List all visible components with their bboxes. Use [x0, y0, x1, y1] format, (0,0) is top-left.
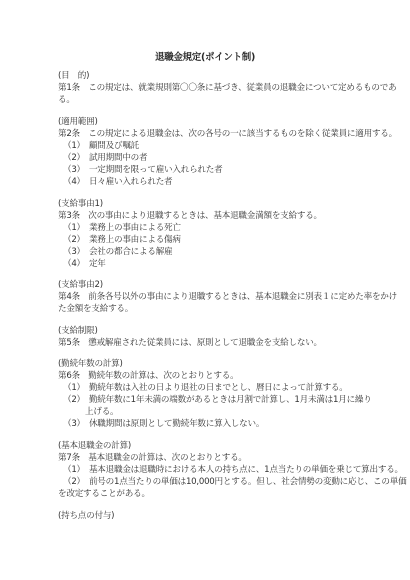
list-item: （3） 会社の都合による解雇 — [63, 246, 172, 258]
article-text: 第3条 次の事由により退職するときは、基本退職金満額を支給する。 — [58, 210, 322, 222]
section-heading: (支給制限) — [58, 325, 98, 337]
article-text: 第4条 前条各号以外の事由により退職するときは、基本退職金に別表１に定めた率をか… — [58, 291, 397, 303]
section-heading: (基本退職金の計算) — [58, 440, 131, 452]
list-item: （3） 休職期間は原則として勤続年数に算入しない。 — [63, 418, 264, 430]
article-text: 第7条 基本退職金の計算は、次のとおりとする。 — [58, 452, 247, 464]
list-item: （1） 基本退職金は退職時における本人の持ち点に、1点当たりの単価を乗じて算出す… — [63, 464, 403, 476]
list-item: （1） 勤続年数は入社の日より退社の日までとし、暦日によって計算する。 — [63, 382, 348, 394]
document-page: 退職金規定(ポイント制) (目 的) 第1条 この規定は、就業規則第〇〇条に基づ… — [0, 0, 410, 580]
list-item-continuation: 上げる。 — [85, 406, 118, 418]
section-heading: (適用範囲) — [58, 116, 98, 128]
article-text: る。 — [58, 94, 75, 106]
list-item: （2） 業務上の事由による傷病 — [63, 234, 181, 246]
list-item: （2） 前号の1点当たりの単価は10,000円とする。但し、社会情勢の変動に応じ… — [63, 476, 406, 488]
section-heading: (持ち点の付与) — [58, 510, 114, 522]
document-title: 退職金規定(ポイント制) — [0, 52, 410, 64]
article-text: 第1条 この規定は、就業規則第〇〇条に基づき、従業員の退職金について定めるもので… — [58, 82, 396, 94]
section-heading: (勤続年数の計算) — [58, 358, 123, 370]
list-item: （4） 日々雇い入れられた者 — [63, 176, 172, 188]
list-item: （1） 顧問及び嘱託 — [63, 140, 139, 152]
list-item-continuation: を改定することがある。 — [58, 488, 150, 500]
section-heading: (支給事由1) — [58, 198, 103, 210]
list-item: （1） 業務上の事由による死亡 — [63, 222, 181, 234]
list-item: （3） 一定期間を限って雇い入れられた者 — [63, 164, 222, 176]
section-heading: (支給事由2) — [58, 279, 103, 291]
article-text: 第2条 この規定による退職金は、次の各号の一に該当するものを除く従業員に適用する… — [58, 128, 397, 140]
list-item: （2） 勤続年数に1年未満の端数があるときは月割で計算し、1月未満は1月に繰り — [63, 394, 372, 406]
list-item: （2） 試用期間中の者 — [63, 152, 147, 164]
article-text: た金額を支給する。 — [58, 303, 133, 315]
article-text: 第6条 勤続年数の計算は、次のとおりとする。 — [58, 370, 238, 382]
section-heading: (目 的) — [58, 70, 89, 82]
article-text: 第5条 懲戒解雇された従業員には、原則として退職金を支給しない。 — [58, 337, 322, 349]
list-item: （4） 定年 — [63, 258, 106, 270]
